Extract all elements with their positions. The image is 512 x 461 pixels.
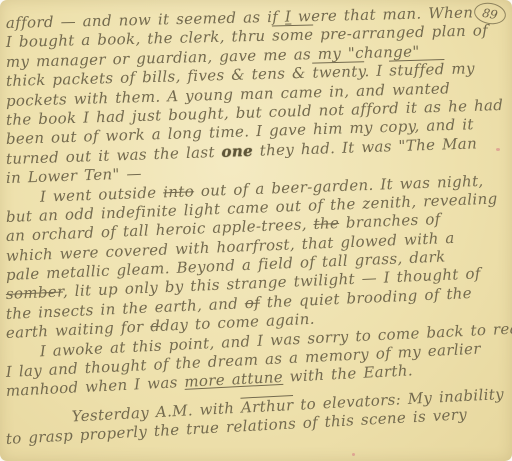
handwritten-segment-strike: of	[244, 293, 260, 312]
handwritten-segment: . I	[364, 62, 389, 81]
handwritten-segment: in Lower Ten" —	[6, 164, 143, 187]
handwritten-segment-blot: one	[221, 142, 253, 161]
journal-page: 89 afford — and now it seemed as if I we…	[0, 0, 512, 461]
paper-speck	[352, 453, 355, 456]
handwritten-segment-overline: stuffed	[389, 60, 445, 80]
handwritten-segment-overline: some	[272, 26, 314, 45]
handwritten-segment-strike: somber	[5, 283, 63, 303]
handwritten-segment-strike: the	[313, 214, 339, 233]
handwritten-segment-underline: more attune	[184, 368, 284, 391]
handwritten-segment-strike: into	[163, 182, 195, 201]
handwritten-segment-overline: twenty	[312, 62, 364, 81]
handwritten-segment: my	[444, 59, 475, 78]
handwritten-segment-overline: Arthur	[241, 396, 294, 417]
paper-speck	[496, 148, 500, 151]
handwriting-text: afford — and now it seemed as if I were …	[6, 14, 508, 450]
